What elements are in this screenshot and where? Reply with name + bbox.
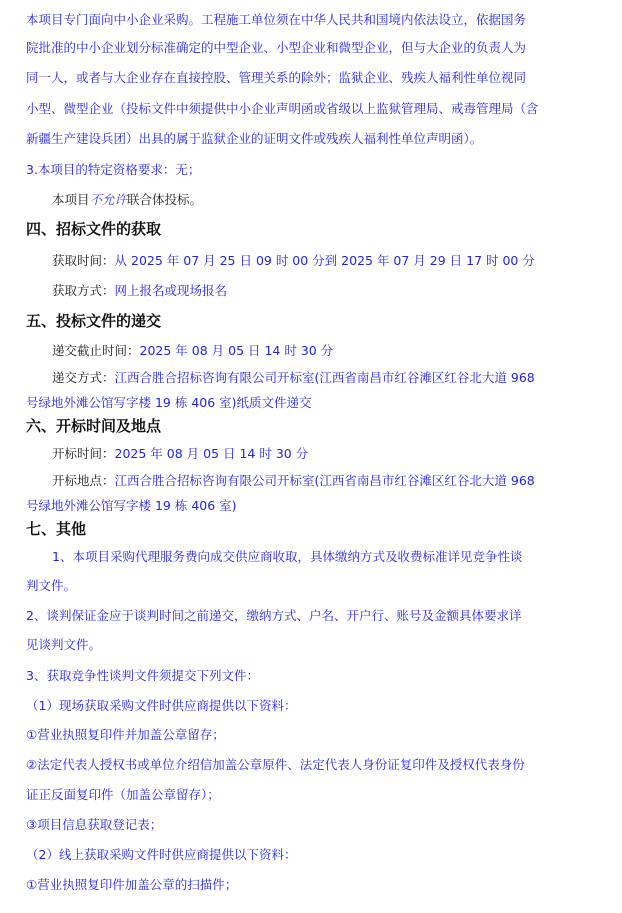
- consortium-value: 不允许: [90, 192, 128, 207]
- label: 开标地点：: [52, 473, 115, 488]
- consortium-statement: 本项目不允许联合体投标。: [52, 192, 202, 208]
- intro-line-5: 新疆生产建设兵团）出具的属于监狱企业的证明文件或残疾人福利性单位声明函）。: [26, 131, 482, 147]
- consortium-prefix: 本项目: [52, 192, 90, 207]
- value: 江西合胜合招标咨询有限公司开标室(江西省南昌市红谷滩区红谷北大道 968: [115, 370, 535, 385]
- section7-item1: 1、本项目采购代理服务费向成交供应商收取，具体缴纳方式及收费标准详见竞争性谈: [52, 549, 522, 565]
- section6-time: 开标时间：2025 年 08 月 05 日 14 时 30 分: [52, 446, 308, 462]
- label: 递交截止时间：: [52, 343, 140, 358]
- onsite-title: （1）现场获取采购文件时供应商提供以下资料：: [26, 698, 296, 714]
- intro-line-4: 小型、微型企业（投标文件中须提供中小企业声明函或省级以上监狱管理局、戒毒管理局（…: [26, 101, 539, 117]
- value: 从 2025 年 07 月 25 日 09 时 00 分到 2025 年 07 …: [115, 253, 535, 268]
- consortium-suffix: 联合体投标。: [127, 192, 202, 207]
- section6-place-cont: 号绿地外滩公馆写字楼 19 栋 406 室): [26, 498, 237, 514]
- intro-line-2: 院批准的中小企业划分标准确定的中型企业、小型企业和微型企业，但与大企业的负责人为: [26, 40, 526, 56]
- section5-deadline: 递交截止时间：2025 年 08 月 05 日 14 时 30 分: [52, 343, 333, 359]
- section5-title: 五、投标文件的递交: [26, 313, 161, 329]
- section6-title: 六、开标时间及地点: [26, 418, 161, 434]
- value: 2025 年 08 月 05 日 14 时 30 分: [115, 446, 309, 461]
- section7-item3: 3、获取竞争性谈判文件须提交下列文件：: [26, 668, 259, 684]
- section7-item1-cont: 判文件。: [26, 578, 76, 594]
- onsite-item-2-cont: 证正反面复印件（加盖公章留存）；: [26, 787, 220, 803]
- section4-title: 四、招标文件的获取: [26, 221, 161, 237]
- section7-item2: 2、谈判保证金应于谈判时间之前递交，缴纳方式、户名、开户行、账号及金额具体要求详: [26, 608, 521, 624]
- section7-title: 七、其他: [26, 521, 86, 537]
- online-item-1: ①营业执照复印件加盖公章的扫描件；: [26, 877, 237, 893]
- value: 2025 年 08 月 05 日 14 时 30 分: [140, 343, 334, 358]
- section4-method: 获取方式：网上报名或现场报名: [52, 283, 227, 299]
- section4-time: 获取时间：从 2025 年 07 月 25 日 09 时 00 分到 2025 …: [52, 253, 535, 269]
- section6-place: 开标地点：江西合胜合招标咨询有限公司开标室(江西省南昌市红谷滩区红谷北大道 96…: [52, 473, 535, 489]
- value: 江西合胜合招标咨询有限公司开标室(江西省南昌市红谷滩区红谷北大道 968: [115, 473, 535, 488]
- section5-method-cont: 号绿地外滩公馆写字楼 19 栋 406 室)纸质文件递交: [26, 395, 312, 411]
- section5-method: 递交方式：江西合胜合招标咨询有限公司开标室(江西省南昌市红谷滩区红谷北大道 96…: [52, 370, 535, 386]
- onsite-item-1: ①营业执照复印件并加盖公章留存；: [26, 727, 225, 743]
- special-qualification: 3.本项目的特定资格要求：无；: [26, 162, 200, 178]
- label: 开标时间：: [52, 446, 115, 461]
- label: 获取方式：: [52, 283, 115, 298]
- section7-item2-cont: 见谈判文件。: [26, 637, 101, 653]
- onsite-item-3: ③项目信息获取登记表；: [26, 817, 162, 833]
- document-page: 本项目专门面向中小企业采购。工程施工单位须在中华人民共和国境内依法设立，依据国务…: [0, 0, 622, 913]
- value: 网上报名或现场报名: [115, 283, 228, 298]
- label: 获取时间：: [52, 253, 115, 268]
- online-title: （2）线上获取采购文件时供应商提供以下资料：: [26, 847, 296, 863]
- onsite-item-2: ②法定代表人授权书或单位介绍信加盖公章原件、法定代表人身份证复印件及授权代表身份: [26, 757, 525, 773]
- intro-line-3: 同一人，或者与大企业存在直接控股、管理关系的除外；监狱企业、残疾人福利性单位视同: [26, 70, 526, 86]
- intro-line-1: 本项目专门面向中小企业采购。工程施工单位须在中华人民共和国境内依法设立，依据国务: [26, 12, 526, 28]
- label: 递交方式：: [52, 370, 115, 385]
